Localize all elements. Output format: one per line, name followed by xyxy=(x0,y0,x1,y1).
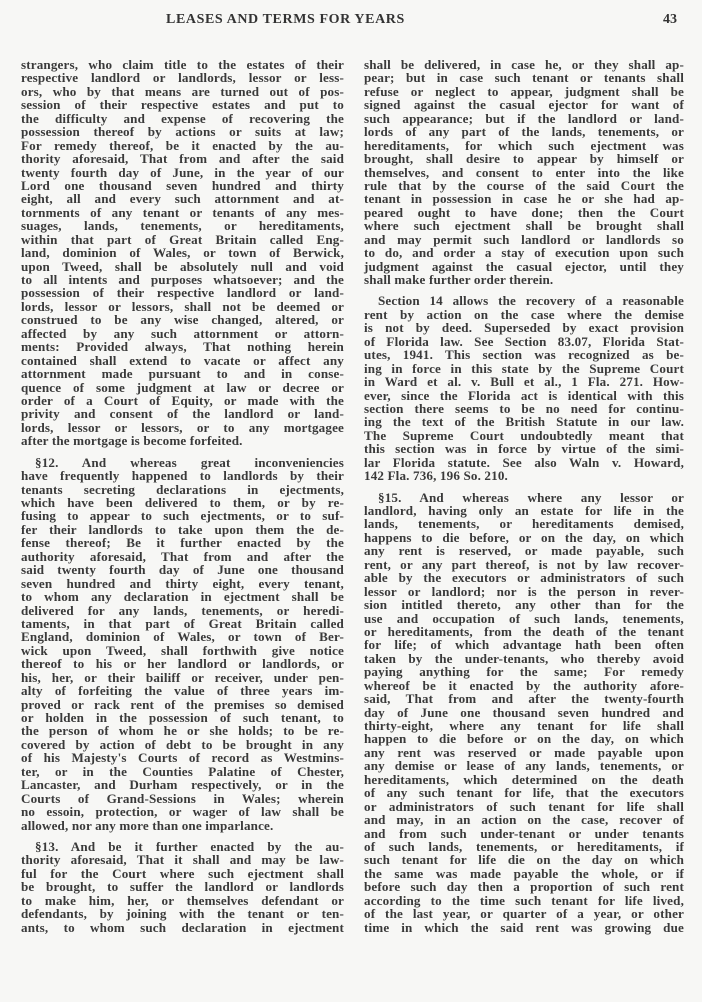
text-line: covered by action of debt to be brought … xyxy=(21,738,344,751)
section-12-paragraph: §12. And whereas great inconveniencies h… xyxy=(21,456,344,832)
text-line: within that part of Great Britain called… xyxy=(21,233,344,246)
text-line: no essoin, protection, or wager of law s… xyxy=(21,805,344,818)
text-line: paying anything for the same; For remedy xyxy=(364,665,684,678)
text-line: thirty-eight, where any tenant for life … xyxy=(364,719,684,732)
text-line: of his Majesty's Courts of record as Wes… xyxy=(21,751,344,764)
text-line: thority aforesaid, That from and after t… xyxy=(21,152,344,165)
text-line: tornments of any tenant or tenants of an… xyxy=(21,206,344,219)
text-line: ter, or in the Counties Palatine of Ches… xyxy=(21,765,344,778)
text-line: pear; but in case such tenant or tenants… xyxy=(364,71,684,84)
text-line: contained shall extend to vacate or affe… xyxy=(21,354,344,367)
text-line: Lancaster, and Durham respectively, or i… xyxy=(21,778,344,791)
text-line: rent by action on the case where the dem… xyxy=(364,308,684,321)
paragraph-continuation: shall be delivered, in case he, or they … xyxy=(364,58,684,286)
text-line: Lord one thousand seven hundred and thir… xyxy=(21,179,344,192)
text-line: the person of whom he or she holds; to b… xyxy=(21,724,344,737)
text-line: rule that by the course of the said Cour… xyxy=(364,179,684,192)
right-column: shall be delivered, in case he, or they … xyxy=(364,58,684,934)
text-line: peared ought to have done; then the Cour… xyxy=(364,206,684,219)
running-title: LEASES AND TERMS FOR YEARS xyxy=(166,12,405,28)
text-line: lessor or landlord; nor is the person in… xyxy=(364,585,684,598)
text-line: thereof to his or her landlord or landlo… xyxy=(21,657,344,670)
text-line: ever, since the Florida act is identical… xyxy=(364,389,684,402)
text-line: said, That from and after the twenty-fou… xyxy=(364,692,684,705)
text-line: hereditaments, for which such ejectment … xyxy=(364,139,684,152)
text-line: or administrators of such tenant for lif… xyxy=(364,800,684,813)
text-line: or holden in the possession of such tena… xyxy=(21,711,344,724)
text-line: and may, in an action on the case, recov… xyxy=(364,813,684,826)
text-line: in Ward et al. v. Bull et al., 1 Fla. 27… xyxy=(364,375,684,388)
text-line: of such lands, tenements, or hereditamen… xyxy=(364,840,684,853)
text-line: to whom any declaration in ejectment sha… xyxy=(21,590,344,603)
text-line: and may permit such landlord or landlord… xyxy=(364,233,684,246)
text-line: upon Tweed, shall be absolutely null and… xyxy=(21,260,344,273)
text-line: use and occupation of such lands, teneme… xyxy=(364,612,684,625)
text-line: proved or rack rent of the premises so d… xyxy=(21,698,344,711)
text-line: quence of some judgment at law or decree… xyxy=(21,381,344,394)
text-line: affected by any such attornment or attor… xyxy=(21,327,344,340)
text-line: respective landlord or landlords, lessor… xyxy=(21,71,344,84)
text-line: day of June one thousand seven hundred a… xyxy=(364,706,684,719)
section-14-editorial-note: Section 14 allows the recovery of a reas… xyxy=(364,294,684,482)
text-line: for life; of which advantage hath been o… xyxy=(364,638,684,651)
text-line: the same was made payable the whole, or … xyxy=(364,867,684,880)
text-line: ing the text of the British Statute in o… xyxy=(364,415,684,428)
text-line: utes, 1941. This section was recognized … xyxy=(364,348,684,361)
text-line: ments: Provided always, That nothing her… xyxy=(21,340,344,353)
text-line: wick upon Tweed, shall forthwith give no… xyxy=(21,644,344,657)
left-column: strangers, who claim title to the estate… xyxy=(21,58,344,934)
text-line: the difficulty and expense of recovering… xyxy=(21,112,344,125)
text-line: attornment made pursuant to and in conse… xyxy=(21,367,344,380)
text-line: be brought, to suffer the landlord or la… xyxy=(21,880,344,893)
text-line: shall be delivered, in case he, or they … xyxy=(364,58,684,71)
text-line: judgment against the casual ejector, unt… xyxy=(364,260,684,273)
text-line: fer their landlords to take upon them th… xyxy=(21,523,344,536)
text-line: such appearance; but if the landlord or … xyxy=(364,112,684,125)
paragraph-continuation: strangers, who claim title to the estate… xyxy=(21,58,344,448)
text-line: able by the executors or administrators … xyxy=(364,571,684,584)
text-line: Courts of Grand-Sessions in Wales; where… xyxy=(21,792,344,805)
text-line: shall make further order therein. xyxy=(364,273,684,286)
text-line: 142 Fla. 736, 196 So. 210. xyxy=(364,469,684,482)
page-header: LEASES AND TERMS FOR YEARS 43 xyxy=(0,12,702,32)
section-15-paragraph: §15. And whereas where any lessor or lan… xyxy=(364,491,684,934)
text-line: land, dominion of Wales, or town of Berw… xyxy=(21,246,344,259)
text-line: defendants, by joining with the tenant o… xyxy=(21,907,344,920)
text-line: suages, lands, tenements, or hereditamen… xyxy=(21,219,344,232)
text-line: happen to die before or on the day, on w… xyxy=(364,732,684,745)
text-line: which have been delivered to them, or by… xyxy=(21,496,344,509)
text-line: to all intents and purposes whatsoever; … xyxy=(21,273,344,286)
text-line: ing in force in this state by the Suprem… xyxy=(364,362,684,375)
text-line: of any such tenant for life, that the ex… xyxy=(364,786,684,799)
text-line: and from such under-tenant or under tena… xyxy=(364,827,684,840)
text-line: according to the time such tenant for li… xyxy=(364,894,684,907)
text-line: possession of their respective landlord … xyxy=(21,286,344,299)
text-line: after the mortgage is become forfeited. xyxy=(21,434,344,447)
section-heading-line: §15. And whereas where any lessor or xyxy=(364,491,684,504)
text-line: time in which the said rent was growing … xyxy=(364,921,684,934)
text-line: privity and consent of the landlord or l… xyxy=(21,407,344,420)
text-line: to do, and order a stay of execution upo… xyxy=(364,246,684,259)
text-line: ful for the Court where such ejectment s… xyxy=(21,867,344,880)
text-line: such tenant for life die on the day on w… xyxy=(364,853,684,866)
text-line: England, dominion of Wales, or town of B… xyxy=(21,630,344,643)
section-heading-line: §12. And whereas great inconveniencies xyxy=(21,456,344,469)
text-line: section there seems to be no need for co… xyxy=(364,402,684,415)
text-line: brought, shall desire to appear by himse… xyxy=(364,152,684,165)
text-line: is not by deed. Superseded by exact prov… xyxy=(364,321,684,334)
text-line: lar Florida statute. See also Waln v. Ho… xyxy=(364,456,684,469)
text-line: of Florida law. See Section 83.07, Flori… xyxy=(364,335,684,348)
text-line: to make him, her, or themselves defendan… xyxy=(21,894,344,907)
text-line: taments, in that part of Great Britain c… xyxy=(21,617,344,630)
text-line: where such ejectment shall be brought sh… xyxy=(364,219,684,232)
text-line: hereditaments, which determined on the d… xyxy=(364,773,684,786)
text-line: any demise or lease of any lands, teneme… xyxy=(364,759,684,772)
text-line: lands, tenements, or hereditaments demis… xyxy=(364,517,684,530)
text-line: allowed, nor any more than one imparlanc… xyxy=(21,819,344,832)
text-line: The Supreme Court undoubtedly meant that xyxy=(364,429,684,442)
text-line: refuse or neglect to appear, judgment sh… xyxy=(364,85,684,98)
text-line: rent, or any part thereof, is not by law… xyxy=(364,558,684,571)
text-line: fense thereof; Be it further enacted by … xyxy=(21,536,344,549)
text-line: authority aforesaid, That from and after… xyxy=(21,550,344,563)
text-line: have frequently happened to landlords by… xyxy=(21,469,344,482)
text-line: signed against the casual ejector for wa… xyxy=(364,98,684,111)
text-line: lords, lessor or lessors, or to any mort… xyxy=(21,421,344,434)
text-line: ants, to whom such declaration in ejectm… xyxy=(21,921,344,934)
text-line: his, her, or their bailiff or receiver, … xyxy=(21,671,344,684)
text-line: eight, all and every such attornment and… xyxy=(21,192,344,205)
text-line: happens to die before, or on the day, on… xyxy=(364,531,684,544)
text-line: order of a Court of Equity, or made with… xyxy=(21,394,344,407)
text-line: landlord, having only an estate for life… xyxy=(364,504,684,517)
text-line: construed to be any wise changed, altere… xyxy=(21,313,344,326)
text-line: themselves, and consent to enter into th… xyxy=(364,166,684,179)
text-line: said twenty fourth day of June one thous… xyxy=(21,563,344,576)
text-line: possession thereof by actions or suits a… xyxy=(21,125,344,138)
section-13-paragraph: §13. And be it further enacted by the au… xyxy=(21,840,344,934)
text-line: of the last year, or quarter of a year, … xyxy=(364,907,684,920)
text-line: tenants secreting declarations in ejectm… xyxy=(21,483,344,496)
text-line: or hereditaments, from the death of the … xyxy=(364,625,684,638)
text-line: any rent is reserved, or made payable, s… xyxy=(364,544,684,557)
text-line: session of their respective estates and … xyxy=(21,98,344,111)
text-line: taken by the under-tenants, who thereby … xyxy=(364,652,684,665)
text-line: before such day then a proportion of suc… xyxy=(364,880,684,893)
text-line: any rent was reserved or made payable up… xyxy=(364,746,684,759)
section-heading-line: §13. And be it further enacted by the au… xyxy=(21,840,344,853)
text-line: whereof be it enacted by the authority a… xyxy=(364,679,684,692)
text-line: alty of forfeiting the value of three ye… xyxy=(21,684,344,697)
text-line: seven hundred and thirty eight, every te… xyxy=(21,577,344,590)
section-heading-line: Section 14 allows the recovery of a reas… xyxy=(364,294,684,307)
text-line: twenty fourth day of June, in the year o… xyxy=(21,166,344,179)
text-line: lords of any part of the lands, tenement… xyxy=(364,125,684,138)
text-line: ors, who by that means are turned out of… xyxy=(21,85,344,98)
text-line: delivered for any lands, tenements, or h… xyxy=(21,604,344,617)
text-line: strangers, who claim title to the estate… xyxy=(21,58,344,71)
page-number: 43 xyxy=(663,12,677,28)
text-line: sion intitled thereto, any other than fo… xyxy=(364,598,684,611)
text-line: tenant in possession in case he or she h… xyxy=(364,192,684,205)
text-line: thority aforesaid, That it shall and may… xyxy=(21,853,344,866)
text-line: fusing to appear to such ejectments, or … xyxy=(21,509,344,522)
text-line: For remedy thereof, be it enacted by the… xyxy=(21,139,344,152)
text-line: this section was in force by virtue of t… xyxy=(364,442,684,455)
text-line: lords, lessor or lessors, shall not be d… xyxy=(21,300,344,313)
